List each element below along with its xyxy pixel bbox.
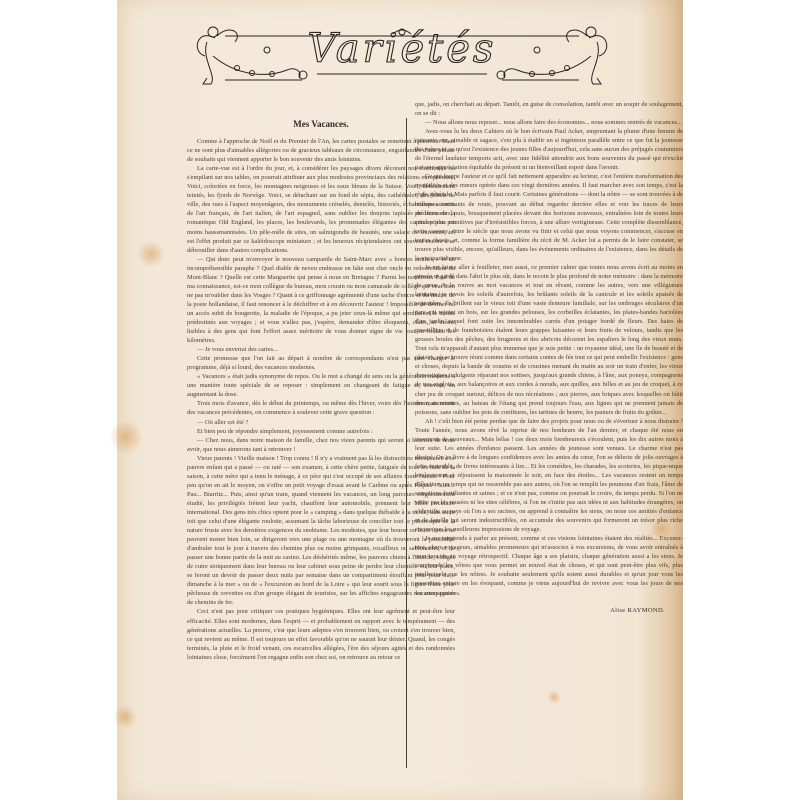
paragraph: Ah ! c'eût bien été peine perdue que de … — [415, 417, 683, 535]
paragraph: Je me laisse aller à feuilleter, moi aus… — [415, 263, 683, 417]
right-column: que, jadis, on cherchait au départ. Tant… — [415, 100, 683, 615]
foxing-stain — [113, 705, 137, 729]
paragraph: que, jadis, on cherchait au départ. Tant… — [415, 100, 683, 118]
foxing-stain — [137, 240, 165, 268]
foxing-stain — [547, 690, 561, 704]
paragraph: Ce qui frappe l'auteur et ce qu'il fait … — [415, 172, 683, 262]
newspaper-page: Variétés Mes Vacances. Comme à l'approch… — [117, 0, 683, 800]
section-title: Variétés — [177, 26, 627, 72]
column-divider — [406, 118, 407, 768]
variety-header-banner: Variétés — [177, 18, 627, 88]
paragraph: Avez-vous lu les deux Cahiers où le bon … — [415, 127, 683, 172]
author-signature: Alise RAYMOND. — [415, 606, 683, 615]
foxing-stain — [109, 420, 143, 454]
paragraph: Je me surprends à parler au présent, com… — [415, 534, 683, 597]
paragraph: Ceci n'est pas pour critiquer ces pratiq… — [187, 607, 455, 661]
paragraph: — Nous allons nous reposer... nous allon… — [415, 118, 683, 127]
